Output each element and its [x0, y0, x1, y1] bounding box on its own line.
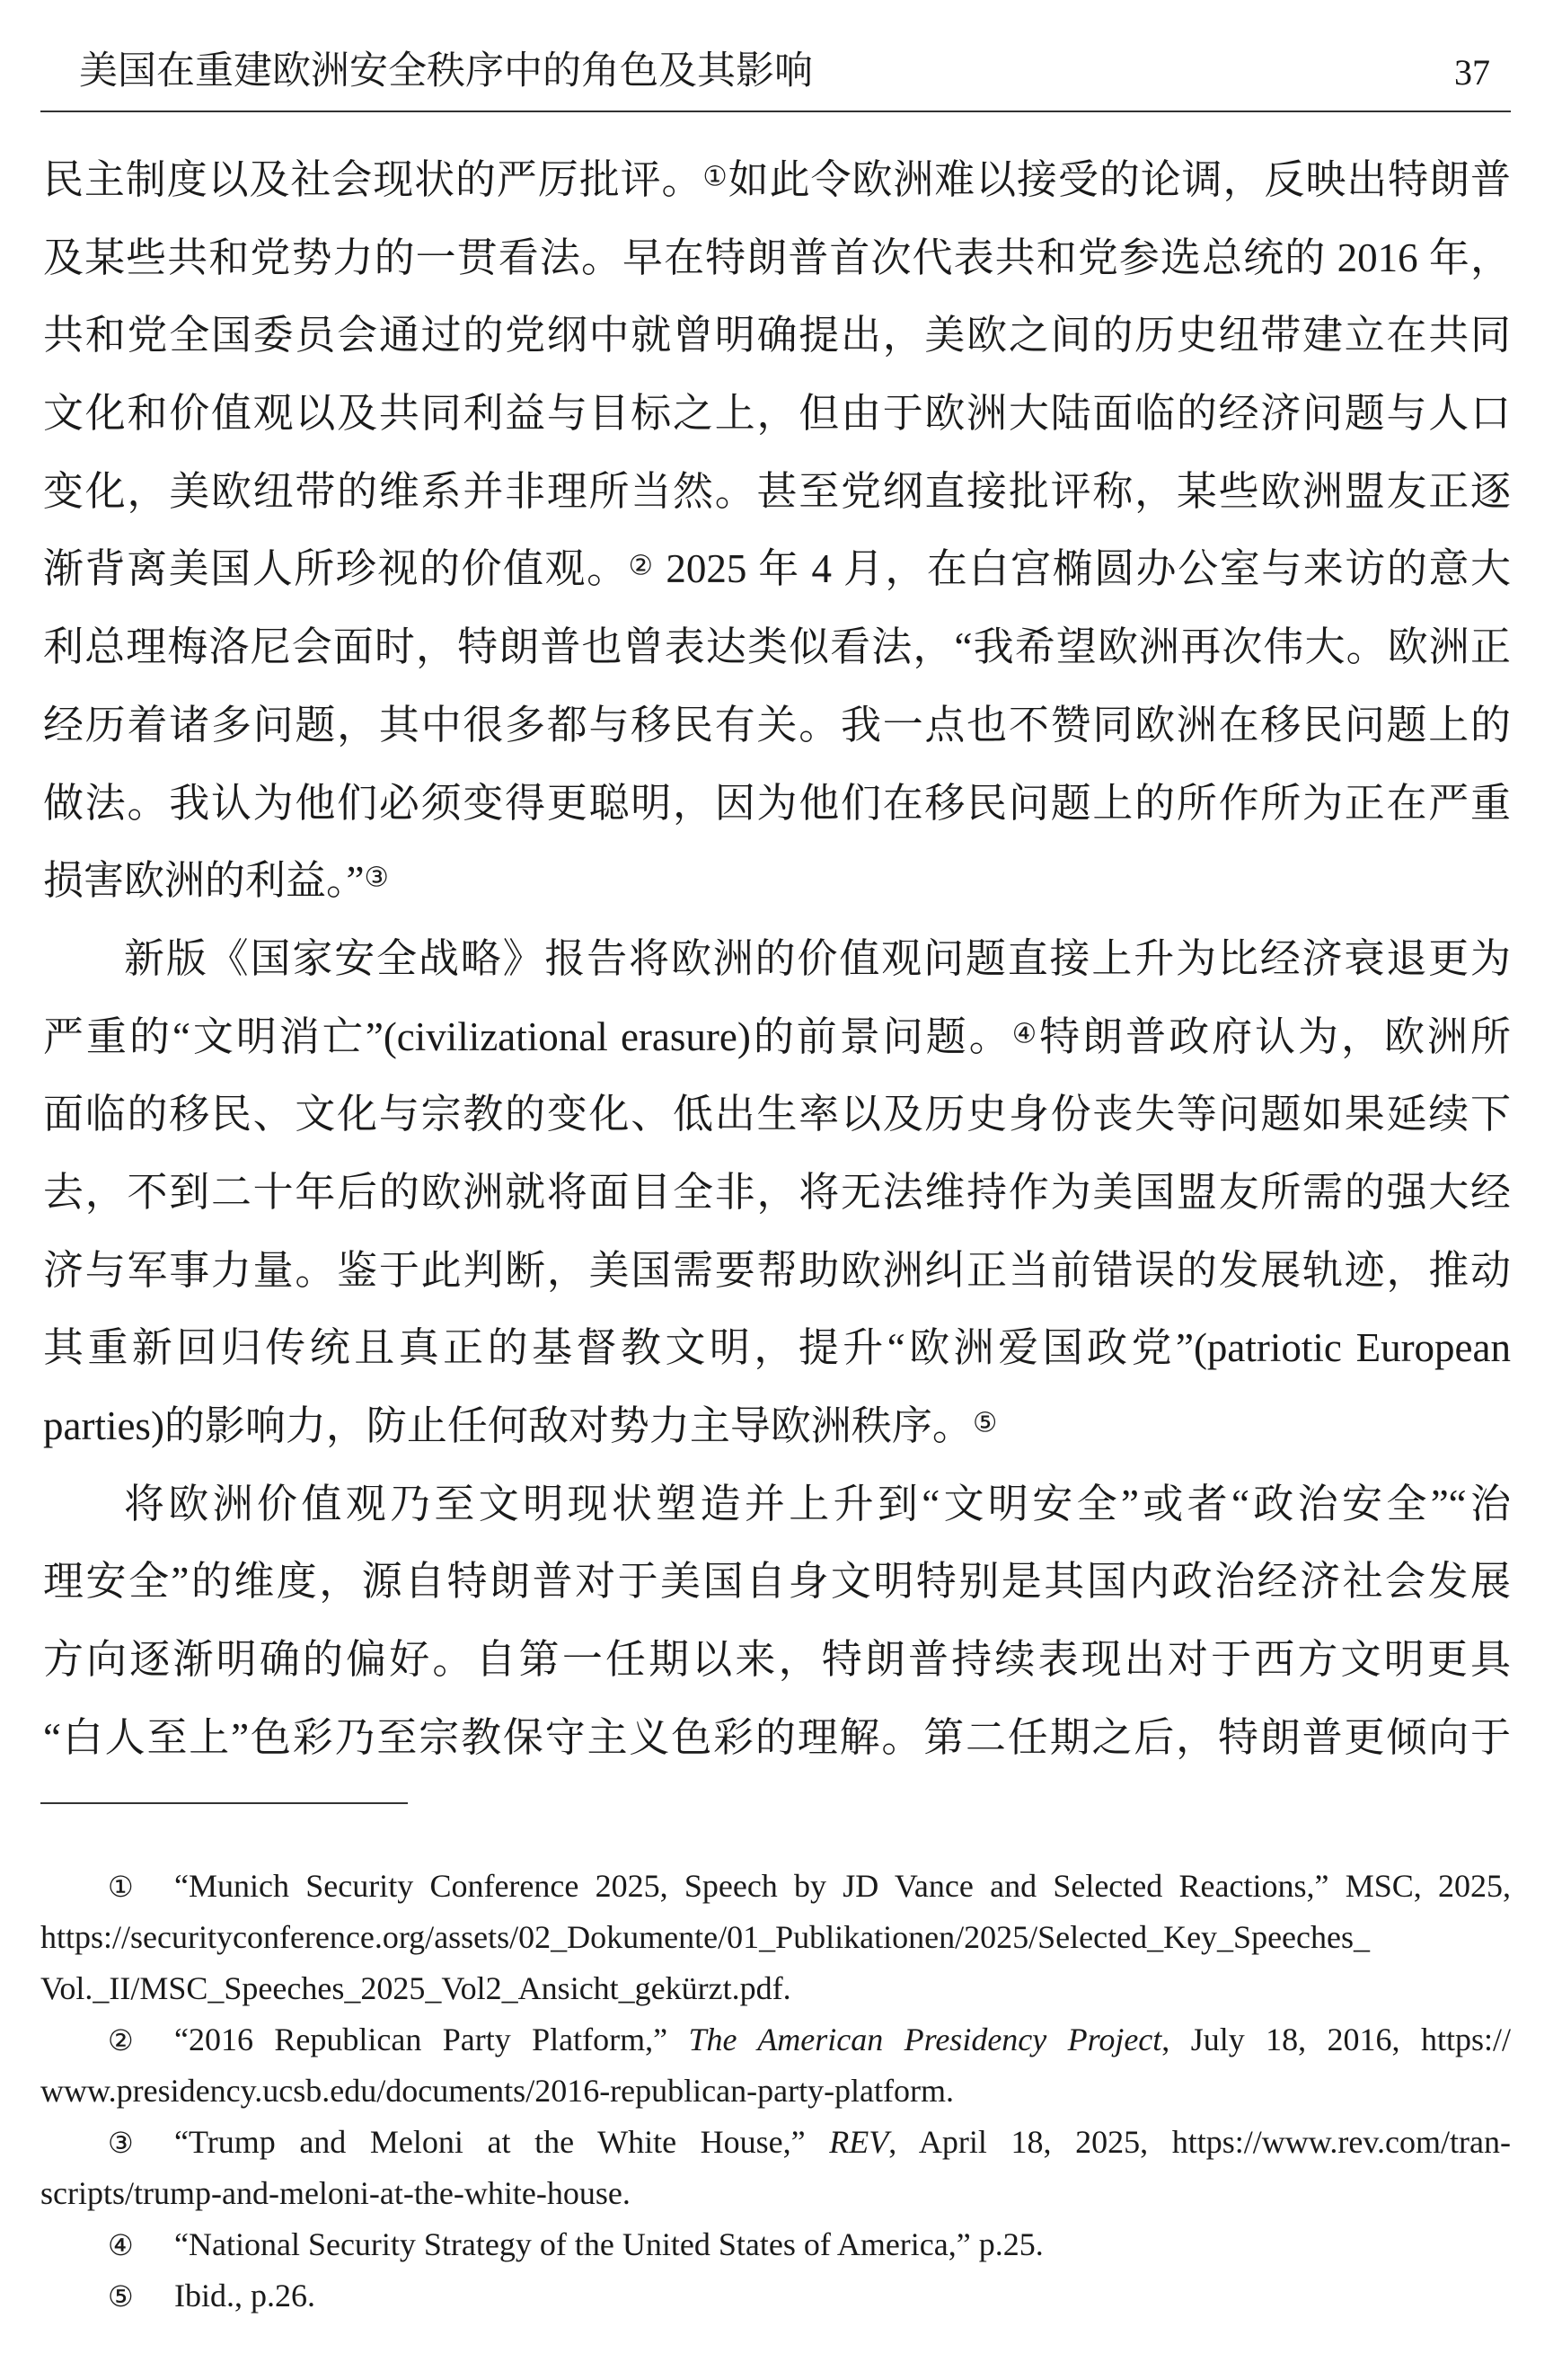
- footnote-line: https://securityconference.org/assets/02…: [40, 1912, 1511, 1963]
- text-run: 将欧洲价值观乃至文明现状塑造并上升到“文明安全”或者“政治安全”“治: [124, 1482, 1511, 1526]
- url-link[interactable]: https://securityconference.org/assets/02…: [40, 1919, 1370, 1955]
- body-line: 文化和价值观以及共同利益与目标之上，但由于欧洲大陆面临的经济问题与人口: [43, 375, 1511, 453]
- footnote-marker: ⑤: [108, 2271, 174, 2322]
- text-run: parties)的影响力，防止任何敌对势力主导欧洲秩序。: [43, 1403, 973, 1448]
- body-line: 经历着诸多问题，其中很多都与移民有关。我一点也不赞同欧洲在移民问题上的: [43, 686, 1511, 765]
- body-line: 变化，美欧纽带的维系并非理所当然。甚至党纲直接批评称，某些欧洲盟友正逐: [43, 453, 1511, 531]
- italic-title: REV: [829, 2124, 888, 2160]
- body-line: 及某些共和党势力的一贯看法。早在特朗普首次代表共和党参选总统的 2016 年，: [43, 219, 1511, 297]
- body-line: 方向逐渐明确的偏好。自第一任期以来，特朗普持续表现出对于西方文明更具: [43, 1621, 1511, 1699]
- footnote-item: ②“2016 Republican Party Platform,” The A…: [40, 2014, 1511, 2117]
- text-run: 2025 年 4 月，在白宫椭圆办公室与来访的意大: [655, 546, 1511, 591]
- url-link[interactable]: https://: [1421, 2022, 1511, 2057]
- body-line: 共和党全国委员会通过的党纲中就曾明确提出，美欧之间的历史纽带建立在共同: [43, 296, 1511, 375]
- page-number: 37: [1454, 53, 1490, 93]
- text-run: 特朗普政府认为，欧洲所: [1039, 1014, 1511, 1059]
- header-rule-divider: [40, 111, 1511, 112]
- body-line: 去，不到二十年后的欧洲就将面目全非，将无法维持作为美国盟友所需的强大经: [43, 1154, 1511, 1232]
- text-run: “2016 Republican Party Platform,”: [174, 2022, 689, 2057]
- footnote-item: ④“National Security Strategy of the Unit…: [40, 2219, 1511, 2270]
- text-run: .: [622, 2175, 631, 2211]
- footnote-line: ②“2016 Republican Party Platform,” The A…: [40, 2014, 1511, 2066]
- body-line: 理安全”的维度，源自特朗普对于美国自身文明特别是其国内政治经济社会发展: [43, 1543, 1511, 1621]
- text-run: , July 18, 2016,: [1161, 2022, 1421, 2057]
- footnote-item: ③“Trump and Meloni at the White House,” …: [40, 2117, 1511, 2219]
- text-run: Ibid., p.26.: [174, 2278, 315, 2314]
- text-run: 共和党全国委员会通过的党纲中就曾明确提出，美欧之间的历史纽带建立在共同: [43, 313, 1511, 358]
- footnote-ref[interactable]: ③: [364, 863, 388, 893]
- body-paragraph: 民主制度以及社会现状的严厉批评。①如此令欧洲难以接受的论调，反映出特朗普及某些共…: [43, 141, 1511, 920]
- text-run: , April 18, 2025,: [888, 2124, 1172, 2160]
- body-paragraph: 新版《国家安全战略》报告将欧洲的价值观问题直接上升为比经济衰退更为严重的“文明消…: [43, 920, 1511, 1465]
- text-run: 严重的“文明消亡”(civilizational erasure)的前景问题。: [43, 1014, 1012, 1059]
- body-line: 损害欧洲的利益。”③: [43, 842, 1511, 920]
- text-run: 如此令欧洲难以接受的论调，反映出特朗普: [728, 157, 1511, 202]
- footnote-line: ⑤Ibid., p.26.: [40, 2270, 1511, 2322]
- footnote-separator-rule: [40, 1802, 408, 1804]
- text-run: 方向逐渐明确的偏好。自第一任期以来，特朗普持续表现出对于西方文明更具: [43, 1637, 1511, 1682]
- text-run: 济与军事力量。鉴于此判断，美国需要帮助欧洲纠正当前错误的发展轨迹，推动: [43, 1248, 1511, 1293]
- body-paragraph: 将欧洲价值观乃至文明现状塑造并上升到“文明安全”或者“政治安全”“治理安全”的维…: [43, 1465, 1511, 1777]
- text-run: 及某些共和党势力的一贯看法。早在特朗普首次代表共和党参选总统的 2016 年，: [43, 235, 1511, 280]
- footnote-line: Vol._II/MSC_Speeches_2025_Vol2_Ansicht_g…: [40, 1963, 1511, 2014]
- text-run: 去，不到二十年后的欧洲就将面目全非，将无法维持作为美国盟友所需的强大经: [43, 1170, 1511, 1215]
- body-line: “白人至上”色彩乃至宗教保守主义色彩的理解。第二任期之后，特朗普更倾向于: [43, 1699, 1511, 1777]
- text-run: .: [783, 1970, 791, 2006]
- text-run: 利总理梅洛尼会面时，特朗普也曾表达类似看法，“我希望欧洲再次伟大。欧洲正: [43, 624, 1511, 669]
- footnote-line: www.presidency.ucsb.edu/documents/2016-r…: [40, 2066, 1511, 2117]
- body-line: 利总理梅洛尼会面时，特朗普也曾表达类似看法，“我希望欧洲再次伟大。欧洲正: [43, 608, 1511, 686]
- text-run: “Trump and Meloni at the White House,”: [174, 2124, 829, 2160]
- footnote-line: ④“National Security Strategy of the Unit…: [40, 2219, 1511, 2270]
- footnote-marker: ②: [108, 2015, 174, 2066]
- text-run: 新版《国家安全战略》报告将欧洲的价值观问题直接上升为比经济衰退更为: [124, 936, 1511, 981]
- footnote-ref[interactable]: ②: [629, 551, 655, 581]
- body-text: 民主制度以及社会现状的严厉批评。①如此令欧洲难以接受的论调，反映出特朗普及某些共…: [43, 141, 1511, 1776]
- footnote-item: ①“Munich Security Conference 2025, Speec…: [40, 1861, 1511, 2014]
- body-line: 将欧洲价值观乃至文明现状塑造并上升到“文明安全”或者“政治安全”“治: [43, 1465, 1511, 1544]
- body-line: 做法。我认为他们必须变得更聪明，因为他们在移民问题上的所作所为正在严重: [43, 765, 1511, 843]
- text-run: 变化，美欧纽带的维系并非理所当然。甚至党纲直接批评称，某些欧洲盟友正逐: [43, 469, 1511, 514]
- body-line: 新版《国家安全战略》报告将欧洲的价值观问题直接上升为比经济衰退更为: [43, 920, 1511, 998]
- text-run: 经历着诸多问题，其中很多都与移民有关。我一点也不赞同欧洲在移民问题上的: [43, 703, 1511, 748]
- footnote-line: ③“Trump and Meloni at the White House,” …: [40, 2117, 1511, 2168]
- footnote-ref[interactable]: ⑤: [973, 1407, 997, 1438]
- footnote-line: scripts/trump-and-meloni-at-the-white-ho…: [40, 2168, 1511, 2219]
- document-page: 美国在重建欧洲安全秩序中的角色及其影响 37 民主制度以及社会现状的严厉批评。①…: [0, 0, 1562, 2380]
- footnote-marker: ③: [108, 2118, 174, 2169]
- footnote-ref[interactable]: ④: [1012, 1018, 1039, 1048]
- text-run: “白人至上”色彩乃至宗教保守主义色彩的理解。第二任期之后，特朗普更倾向于: [43, 1715, 1511, 1760]
- body-line: 严重的“文明消亡”(civilizational erasure)的前景问题。④…: [43, 998, 1511, 1076]
- footnote-line: ①“Munich Security Conference 2025, Speec…: [40, 1861, 1511, 1912]
- footnote-ref[interactable]: ①: [702, 161, 728, 191]
- text-run: .: [946, 2073, 954, 2109]
- body-line: 面临的移民、文化与宗教的变化、低出生率以及历史身份丧失等问题如果延续下: [43, 1075, 1511, 1154]
- body-line: parties)的影响力，防止任何敌对势力主导欧洲秩序。⑤: [43, 1387, 1511, 1465]
- footnotes: ①“Munich Security Conference 2025, Speec…: [40, 1861, 1511, 2322]
- body-line: 渐背离美国人所珍视的价值观。② 2025 年 4 月，在白宫椭圆办公室与来访的意…: [43, 530, 1511, 608]
- body-line: 济与军事力量。鉴于此判断，美国需要帮助欧洲纠正当前错误的发展轨迹，推动: [43, 1232, 1511, 1310]
- footnote-marker: ①: [108, 1862, 174, 1913]
- body-line: 民主制度以及社会现状的严厉批评。①如此令欧洲难以接受的论调，反映出特朗普: [43, 141, 1511, 219]
- text-run: 其重新回归传统且真正的基督教文明，提升“欧洲爱国政党”(patriotic Eu…: [43, 1325, 1511, 1370]
- text-run: 渐背离美国人所珍视的价值观。: [43, 546, 629, 591]
- footnote-item: ⑤Ibid., p.26.: [40, 2270, 1511, 2322]
- text-run: 理安全”的维度，源自特朗普对于美国自身文明特别是其国内政治经济社会发展: [43, 1559, 1511, 1604]
- url-link[interactable]: Vol._II/MSC_Speeches_2025_Vol2_Ansicht_g…: [40, 1970, 783, 2006]
- text-run: 文化和价值观以及共同利益与目标之上，但由于欧洲大陆面临的经济问题与人口: [43, 391, 1511, 436]
- text-run: 做法。我认为他们必须变得更聪明，因为他们在移民问题上的所作所为正在严重: [43, 781, 1511, 826]
- url-link[interactable]: https://www.rev.com/tran-: [1172, 2124, 1511, 2160]
- footnote-marker: ④: [108, 2220, 174, 2271]
- body-line: 其重新回归传统且真正的基督教文明，提升“欧洲爱国政党”(patriotic Eu…: [43, 1309, 1511, 1387]
- text-run: “Munich Security Conference 2025, Speech…: [174, 1868, 1511, 1904]
- text-run: 民主制度以及社会现状的严厉批评。: [43, 157, 702, 202]
- url-link[interactable]: scripts/trump-and-meloni-at-the-white-ho…: [40, 2175, 622, 2211]
- text-run: “National Security Strategy of the Unite…: [174, 2226, 1044, 2262]
- text-run: 面临的移民、文化与宗教的变化、低出生率以及历史身份丧失等问题如果延续下: [43, 1092, 1511, 1137]
- running-title: 美国在重建欧洲安全秩序中的角色及其影响: [79, 51, 813, 93]
- text-run: 损害欧洲的利益。”: [43, 858, 364, 903]
- url-link[interactable]: www.presidency.ucsb.edu/documents/2016-r…: [40, 2073, 946, 2109]
- italic-title: The American Presidency Project: [689, 2022, 1162, 2057]
